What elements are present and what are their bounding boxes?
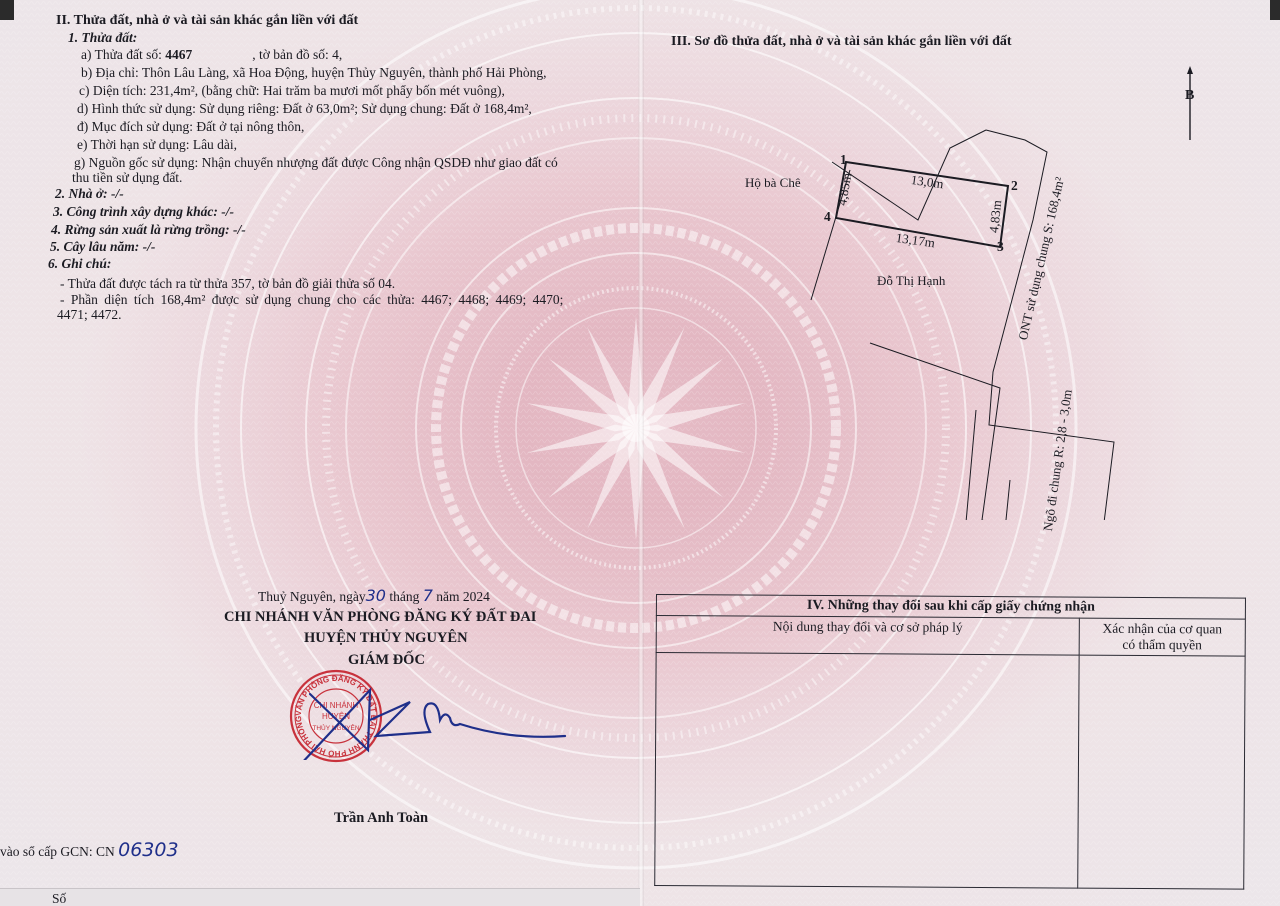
edge-2-3-length: 4,83m <box>986 199 1005 233</box>
other-construction-item: 3. Công trình xây dựng khác: -/- <box>53 204 234 220</box>
origin-line-2: thu tiền sử dụng đất. <box>72 170 182 186</box>
authority-confirmation-cell <box>1078 655 1245 889</box>
north-label: B <box>1185 88 1194 104</box>
map-sheet-number: , tờ bản đồ số: 4, <box>252 47 342 62</box>
usage-term-line: e) Thời hạn sử dụng: Lâu dài, <box>77 137 237 153</box>
address-line: b) Địa chỉ: Thôn Lâu Làng, xã Hoa Động, … <box>81 65 547 81</box>
position-title: GIÁM ĐỐC <box>348 652 425 668</box>
underlying-page <box>0 888 640 906</box>
notes-heading: 6. Ghi chú: <box>48 256 111 272</box>
registry-label: vào sổ cấp GCN: CN <box>0 844 115 859</box>
column-header-change-content: Nội dung thay đổi và cơ sở pháp lý <box>656 616 1079 656</box>
column-header-authority-confirmation: Xác nhận của cơ quan có thẩm quyền <box>1079 618 1245 656</box>
land-heading: 1. Thửa đất: <box>68 30 137 46</box>
background-edge <box>0 0 14 20</box>
signer-name: Trần Anh Toàn <box>334 810 428 826</box>
changes-table: IV. Những thay đổi sau khi cấp giấy chứn… <box>654 594 1246 890</box>
note-line-1: - Thửa đất được tách ra từ thửa 357, tờ … <box>60 276 395 292</box>
parcel-number-line: a) Thửa đất số: 4467, tờ bản đồ số: 4, <box>81 47 342 63</box>
origin-line-1: g) Nguồn gốc sử dụng: Nhận chuyển nhượng… <box>74 155 558 171</box>
note-line-3: 4471; 4472. <box>57 307 122 323</box>
section-ii-title: II. Thửa đất, nhà ở và tài sản khác gắn … <box>56 13 358 29</box>
month-label: tháng <box>389 589 419 604</box>
land-certificate-page: II. Thửa đất, nhà ở và tài sản khác gắn … <box>0 0 1280 906</box>
point-1-label: 1 <box>840 152 847 168</box>
usage-purpose-line: đ) Mục đích sử dụng: Đất ở tại nông thôn… <box>77 119 304 135</box>
place-prefix: Thuỷ Nguyên, ngày <box>258 589 366 604</box>
issue-date-line: Thuỷ Nguyên, ngày30 tháng 7 năm 2024 <box>258 588 490 605</box>
authority-header-line-2: có thẩm quyền <box>1086 637 1239 654</box>
note-line-2: - Phần diện tích 168,4m² được sử dụng ch… <box>60 292 563 308</box>
perennial-trees-item: 5. Cây lâu năm: -/- <box>50 239 155 255</box>
neighbor-south-label: Đỗ Thị Hạnh <box>877 273 945 289</box>
org-line-2: HUYỆN THỦY NGUYÊN <box>304 630 468 646</box>
change-content-cell <box>655 653 1079 889</box>
usage-form-line: d) Hình thức sử dụng: Sử dụng riêng: Đất… <box>77 101 532 117</box>
house-item: 2. Nhà ở: -/- <box>55 186 124 202</box>
authority-header-line-1: Xác nhận của cơ quan <box>1086 621 1239 638</box>
background-edge <box>1270 0 1280 20</box>
registry-line: vào sổ cấp GCN: CN 06303 <box>0 842 179 860</box>
north-arrow-icon <box>1182 66 1198 142</box>
handwritten-signature <box>280 680 610 760</box>
point-3-label: 3 <box>997 239 1004 255</box>
area-line: c) Diện tích: 231,4m², (bằng chữ: Hai tr… <box>79 83 505 99</box>
neighbor-west-label: Hộ bà Chê <box>745 175 801 191</box>
year-label: năm 2024 <box>436 589 490 604</box>
page-fold <box>638 0 644 906</box>
org-line-1: CHI NHÁNH VĂN PHÒNG ĐĂNG KÝ ĐẤT ĐAI <box>224 609 536 625</box>
issue-month: 7 <box>423 586 433 605</box>
underlying-page-label: Số <box>52 891 66 906</box>
parcel-diagram <box>800 100 1140 520</box>
parcel-number-label: a) Thửa đất số: <box>81 47 165 62</box>
parcel-number: 4467 <box>165 47 192 62</box>
point-4-label: 4 <box>824 209 831 225</box>
section-iii-title: III. Sơ đồ thửa đất, nhà ở và tài sản kh… <box>671 34 1012 50</box>
point-2-label: 2 <box>1011 178 1018 194</box>
issue-day: 30 <box>366 586 386 605</box>
registry-number: 06303 <box>118 839 178 861</box>
production-forest-item: 4. Rừng sản xuất là rừng trồng: -/- <box>51 222 246 238</box>
